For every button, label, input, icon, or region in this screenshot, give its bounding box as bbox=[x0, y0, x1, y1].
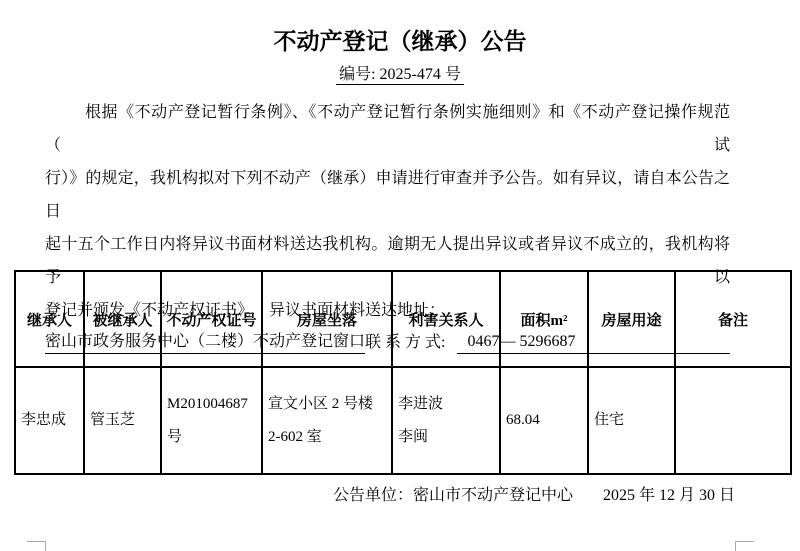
header-decedent: 被继承人 bbox=[84, 271, 161, 367]
table-row: 李忠成 管玉芝 M201004687 号 宣文小区 2 号楼 2-602 室 李… bbox=[15, 367, 791, 474]
cell-house-use: 住宅 bbox=[588, 367, 675, 474]
cell-heir: 李忠成 bbox=[15, 367, 84, 474]
cell-house-location: 宣文小区 2 号楼 2-602 室 bbox=[262, 367, 392, 474]
doc-number-text: 编号: 2025-474 号 bbox=[336, 66, 464, 85]
announcing-unit: 公告单位：密山市不动产登记中心 bbox=[333, 487, 573, 505]
header-remarks: 备注 bbox=[675, 271, 791, 367]
header-heir: 继承人 bbox=[15, 271, 84, 367]
paragraph-line: 根据《不动产登记暂行条例》、《不动产登记暂行条例实施细则》和《不动产登记操作规范… bbox=[45, 96, 730, 162]
cell-certificate-no: M201004687 号 bbox=[161, 367, 262, 474]
page-title: 不动产登记（继承）公告 bbox=[0, 28, 800, 56]
header-house-location: 房屋坐落 bbox=[262, 271, 392, 367]
header-certificate-no: 不动产权证号 bbox=[161, 271, 262, 367]
header-area: 面积m² bbox=[500, 271, 588, 367]
header-interested-parties: 利害关系人 bbox=[392, 271, 500, 367]
header-house-use: 房屋用途 bbox=[588, 271, 675, 367]
announcement-table: 继承人 被继承人 不动产权证号 房屋坐落 利害关系人 面积m² 房屋用途 备注 … bbox=[14, 270, 792, 475]
cell-interested-parties: 李进波 李闽 bbox=[392, 367, 500, 474]
footer-line: 公告单位：密山市不动产登记中心 2025 年 12 月 30 日 bbox=[333, 487, 735, 505]
announcement-date: 2025 年 12 月 30 日 bbox=[603, 487, 735, 505]
cell-remarks bbox=[675, 367, 791, 474]
table-header-row: 继承人 被继承人 不动产权证号 房屋坐落 利害关系人 面积m² 房屋用途 备注 bbox=[15, 271, 791, 367]
doc-number: 编号: 2025-474 号 bbox=[0, 66, 800, 84]
paragraph-line: 行）》的规定，我机构拟对下列不动产（继承）申请进行审查并予公告。如有异议，请自本… bbox=[45, 162, 730, 228]
cell-decedent: 管玉芝 bbox=[84, 367, 161, 474]
cell-area: 68.04 bbox=[500, 367, 588, 474]
page-margin-mark-left bbox=[27, 541, 46, 551]
page-margin-mark-right bbox=[735, 541, 754, 551]
